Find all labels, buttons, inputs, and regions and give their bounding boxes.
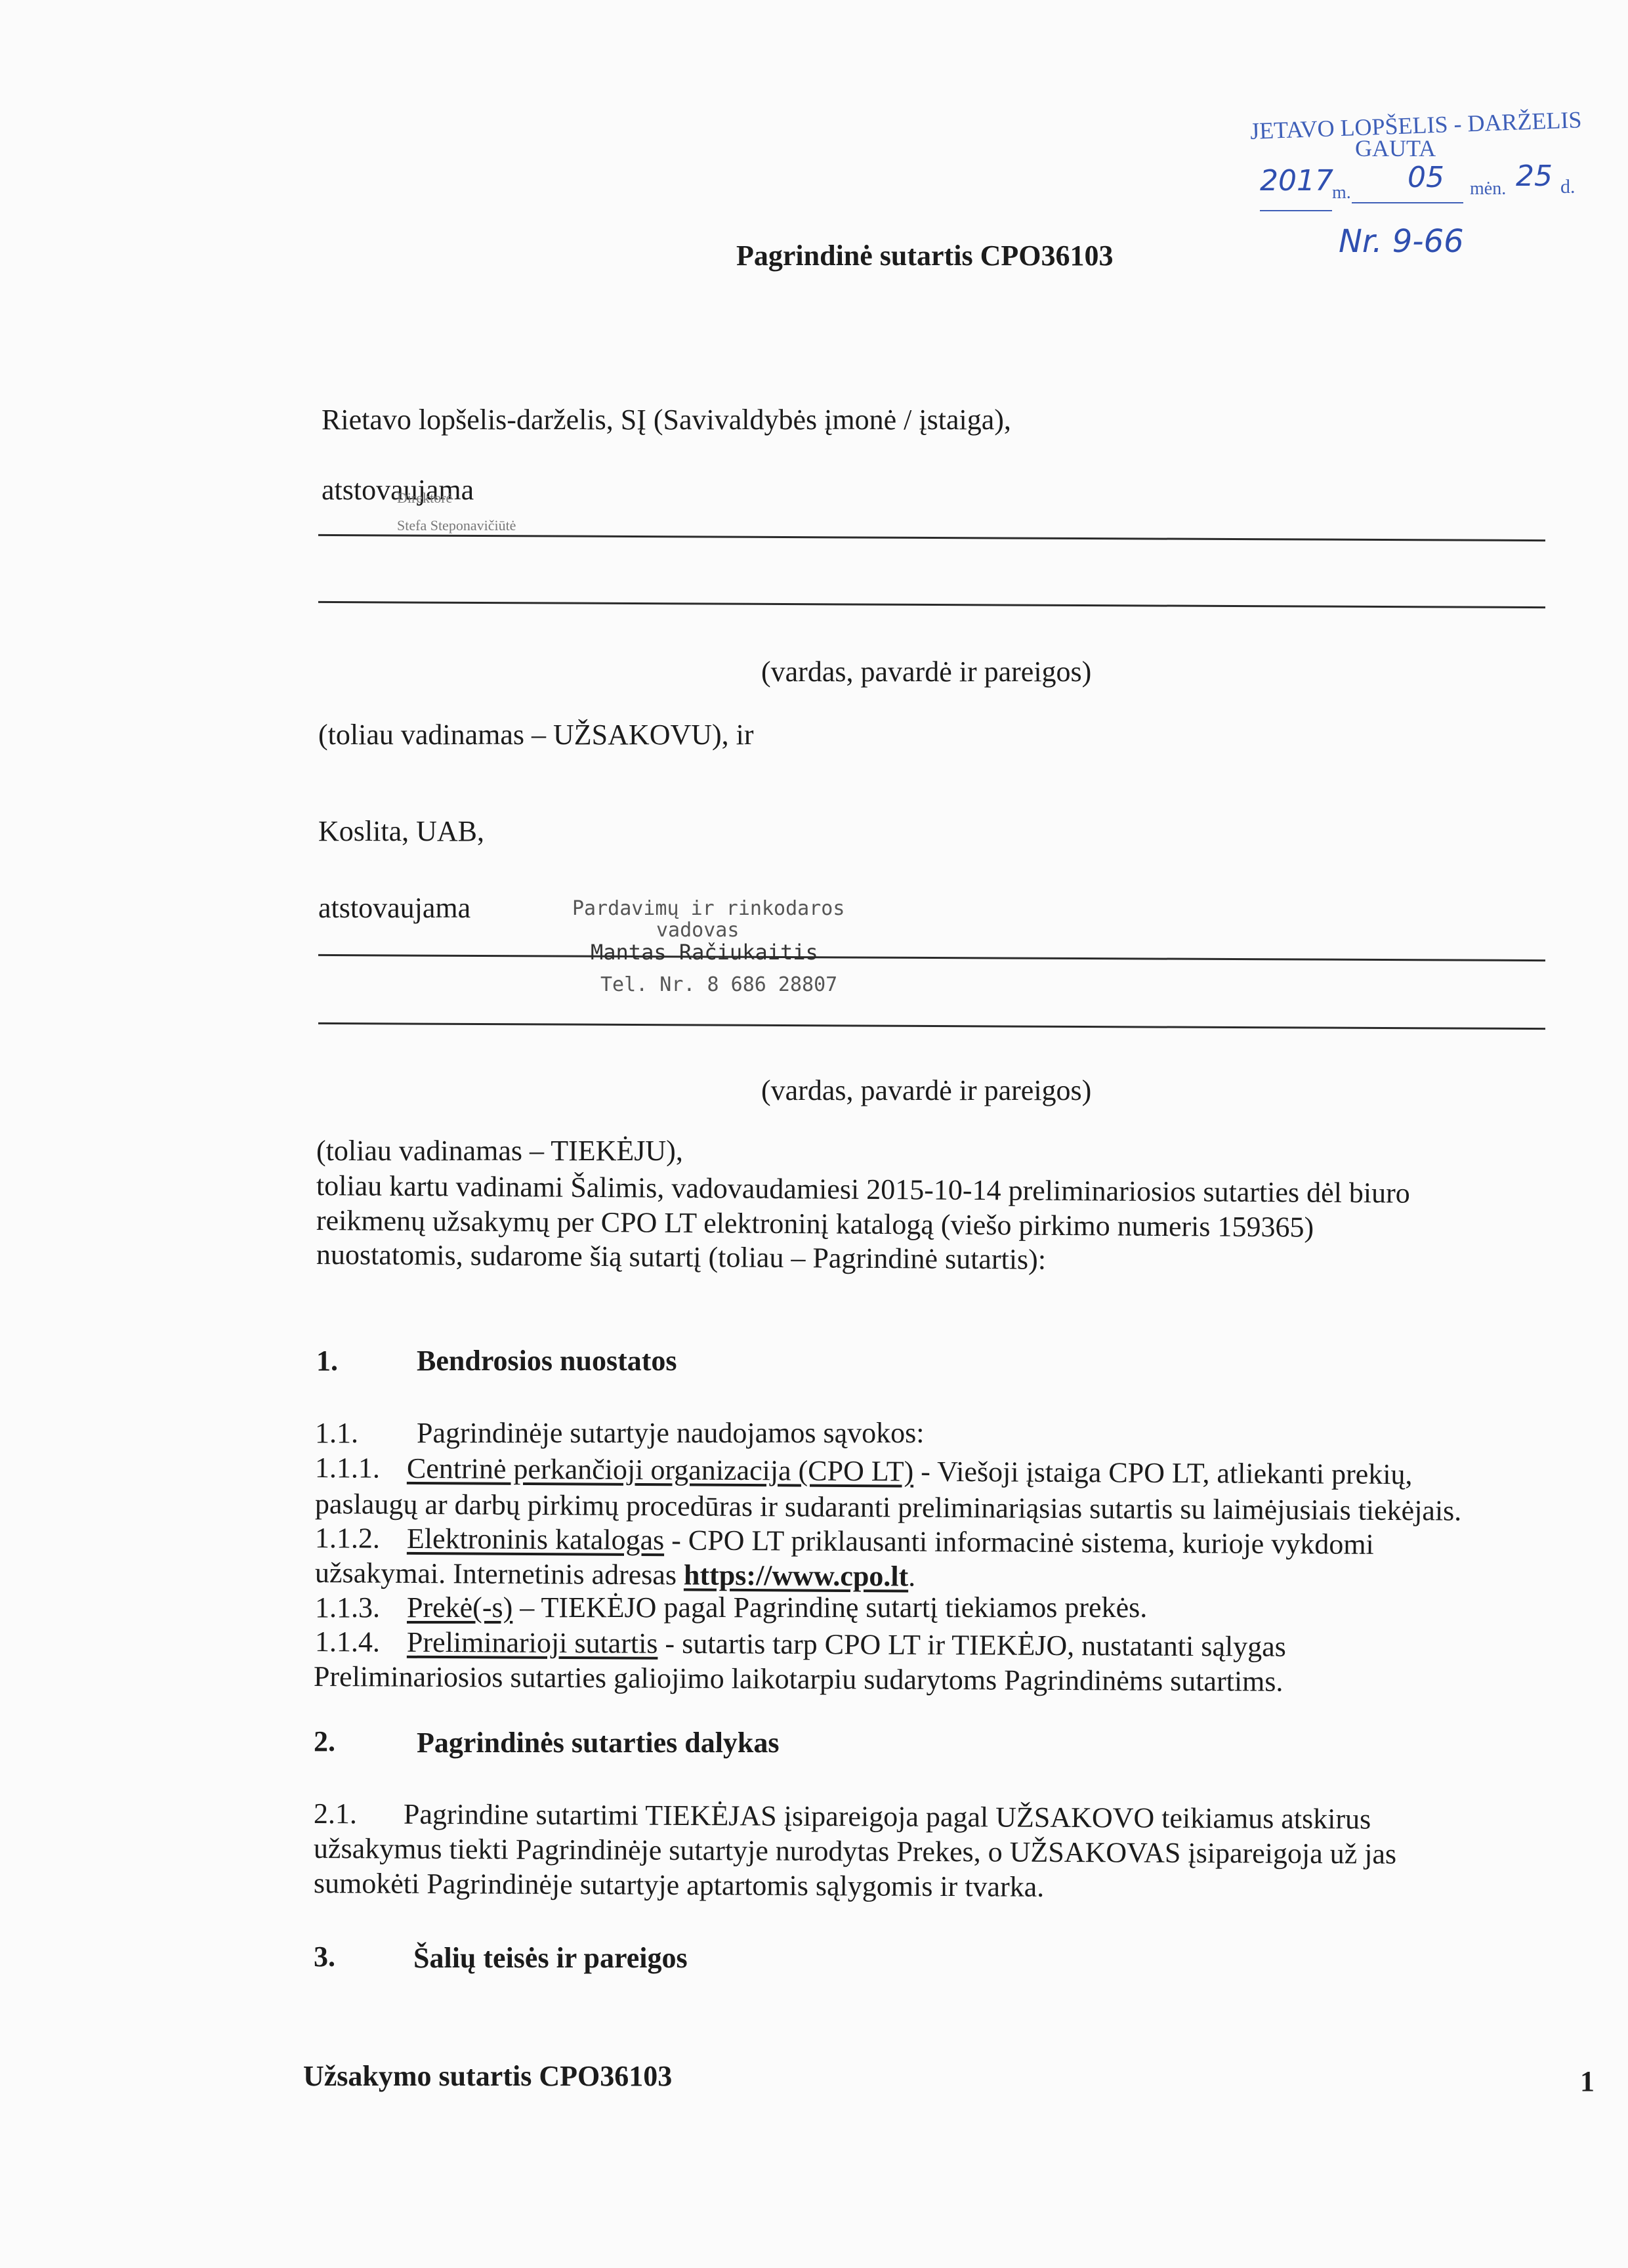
clause-1-1-1-number: 1.1.1. (315, 1452, 380, 1484)
supplier-rep-line-1 (318, 954, 1545, 961)
supplier-rep-line-2 (318, 1022, 1545, 1030)
section-2-number: 2. (314, 1727, 335, 1756)
clause-2-1-number: 2.1. (314, 1797, 357, 1830)
clause-1-1-4: 1.1.4. Preliminarioji sutartis - sutarti… (315, 1627, 1286, 1662)
clause-1-1-3-term: Prekė(-s) (407, 1591, 512, 1624)
section-1-number: 1. (316, 1347, 338, 1375)
customer-name: Rietavo lopšelis-darželis, SĮ (Savivaldy… (322, 406, 1011, 434)
section-2-title: Pagrindinės sutarties dalykas (417, 1729, 780, 1757)
footer-document-name: Užsakymo sutartis CPO36103 (303, 2062, 672, 2091)
clause-1-1-4-text: - sutartis tarp CPO LT ir TIEKĖJO, nusta… (657, 1627, 1286, 1663)
stamp-received-label: GAUTA (1355, 135, 1436, 162)
clause-1-1-2-number: 1.1.2. (315, 1522, 380, 1555)
clause-1-1-2-continuation: užsakymai. Internetinis adresas https://… (315, 1559, 916, 1591)
clause-1-1-3-text: – TIEKĖJO pagal Pagrindinę sutartį tieki… (512, 1591, 1147, 1624)
stamp-month-line (1352, 202, 1463, 203)
stamp-year-line (1260, 210, 1332, 211)
stamp-year-suffix: m. (1332, 182, 1351, 203)
clause-1-1-2-text: - CPO LT priklausanti informacinė sistem… (664, 1524, 1374, 1561)
cpo-website-link[interactable]: https://www.cpo.lt (684, 1559, 909, 1592)
clause-2-1-line-3: sumokėti Pagrindinėje sutartyje aptartom… (314, 1869, 1044, 1902)
clause-1-1-number: 1.1. (315, 1419, 358, 1448)
page-title: Pagrindinė sutartis CPO36103 (736, 241, 1113, 270)
clause-1-1-3: 1.1.3. Prekė(-s) – TIEKĖJO pagal Pagrind… (315, 1593, 1147, 1622)
clause-1-1-2-term: Elektroninis katalogas (407, 1522, 665, 1556)
preamble-line-2: reikmenų užsakymų per CPO LT elektroninį… (316, 1206, 1314, 1242)
customer-rep-name: Stefa Steponavičiūtė (397, 517, 516, 534)
section-3-number: 3. (314, 1942, 335, 1971)
stamp-reg-number: Nr. 9-66 (1339, 223, 1464, 260)
supplier-rep-position-2: vadovas (656, 919, 739, 942)
supplier-rep-hint: (vardas, pavardė ir pareigos) (761, 1076, 1091, 1105)
clause-2-1: 2.1. Pagrindine sutartimi TIEKĖJAS įsipa… (314, 1799, 1371, 1834)
preamble-line-1: toliau kartu vadinami Šalimis, vadovauda… (316, 1171, 1410, 1208)
supplier-rep-position-1: Pardavimų ir rinkodaros (572, 897, 845, 920)
clause-1-1-1-continuation: paslaugų ar darbų pirkimų procedūras ir … (315, 1490, 1462, 1526)
customer-rep-position: Direktorė (397, 490, 452, 507)
clause-1-1-1-text: - Viešoji įstaiga CPO LT, atliekanti pre… (913, 1456, 1413, 1491)
customer-rep-line-1 (318, 534, 1545, 541)
clause-1-1-1-term: Centrinė perkančioji organizacija (CPO L… (407, 1452, 914, 1488)
supplier-rep-phone: Tel. Nr. 8 686 28807 (600, 973, 837, 996)
customer-rep-hint: (vardas, pavardė ir pareigos) (761, 658, 1091, 686)
stamp-day: 25 (1516, 159, 1553, 193)
clause-1-1-4-number: 1.1.4. (315, 1626, 380, 1658)
supplier-rep-name: Mantas Račiukaitis (591, 940, 818, 965)
clause-1-1-4-continuation: Preliminariosios sutarties galiojimo lai… (314, 1662, 1284, 1696)
supplier-represented-label: atstovaujama (318, 894, 470, 923)
clause-1-1-3-number: 1.1.3. (315, 1591, 380, 1624)
section-1-title: Bendrosios nuostatos (417, 1347, 677, 1375)
stamp-year: 2017 (1260, 164, 1333, 198)
clause-1-1-1: 1.1.1. Centrinė perkančioji organizacija… (315, 1454, 1413, 1489)
customer-alias: (toliau vadinamas – UŽSAKOVU), ir (318, 721, 754, 749)
customer-rep-line-2 (318, 601, 1545, 608)
clause-1-1-2: 1.1.2. Elektroninis katalogas - CPO LT p… (315, 1524, 1374, 1559)
stamp-month-suffix: mėn. (1470, 178, 1506, 199)
stamp-day-suffix: d. (1560, 176, 1576, 198)
supplier-name: Koslita, UAB, (318, 817, 484, 846)
clause-1-1-4-term: Preliminarioji sutartis (407, 1626, 658, 1660)
section-3-title: Šalių teisės ir pareigos (413, 1944, 688, 1973)
supplier-alias: (toliau vadinamas – TIEKĖJU), (316, 1137, 683, 1165)
clause-1-1-text: Pagrindinėje sutartyje naudojamos sąvoko… (417, 1419, 925, 1448)
stamp-month: 05 (1408, 161, 1444, 194)
clause-2-1-line-2: užsakymus tiekti Pagrindinėje sutartyje … (314, 1834, 1396, 1869)
page-number: 1 (1580, 2067, 1595, 2096)
preamble-line-3: nuostatomis, sudarome šią sutartį (tolia… (316, 1240, 1046, 1274)
